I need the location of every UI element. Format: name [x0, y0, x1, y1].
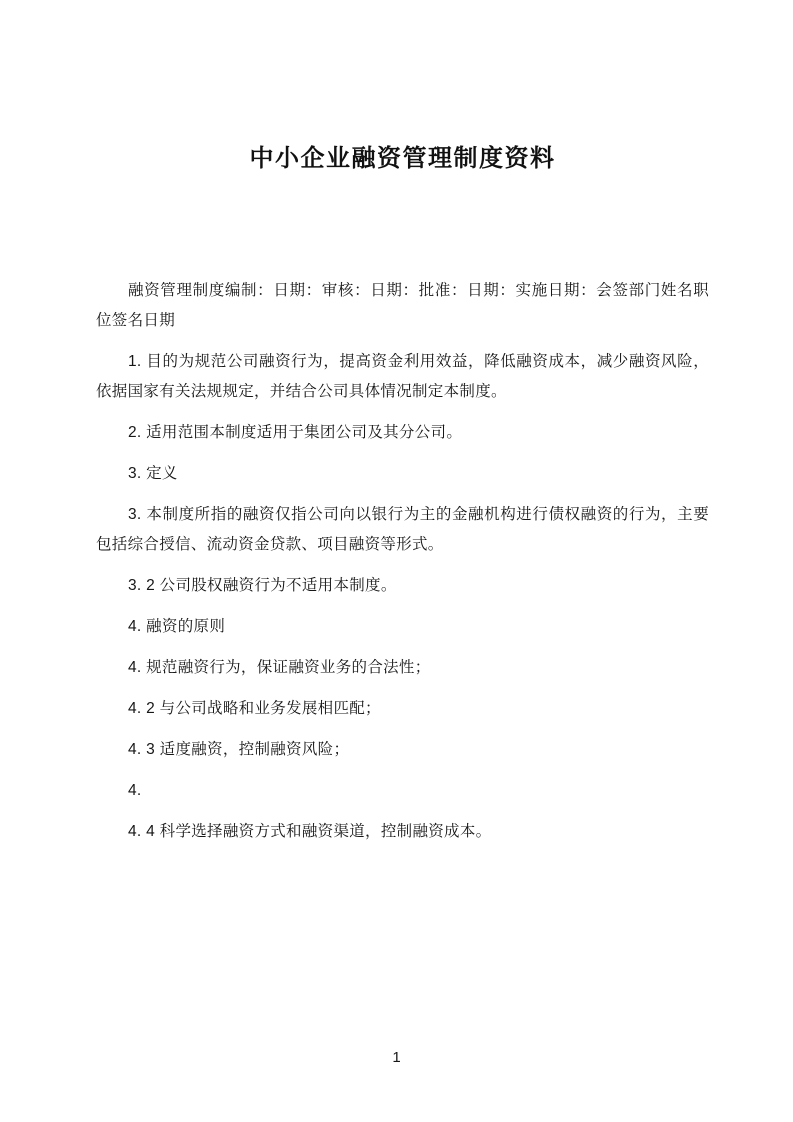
- paragraph: 3. 2 公司股权融资行为不适用本制度。: [96, 571, 709, 601]
- paragraph: 4. 4 科学选择融资方式和融资渠道，控制融资成本。: [96, 817, 709, 847]
- paragraph: 融资管理制度编制：日期：审核：日期：批准：日期：实施日期：会签部门姓名职位签名日…: [96, 276, 709, 336]
- paragraph: 4. 3 适度融资，控制融资风险；: [96, 735, 709, 765]
- paragraph: 3. 本制度所指的融资仅指公司向以银行为主的金融机构进行债权融资的行为，主要包括…: [96, 500, 709, 560]
- paragraph: 4.: [96, 776, 709, 806]
- paragraph: 4. 融资的原则: [96, 612, 709, 642]
- paragraph: 1. 目的为规范公司融资行为，提高资金利用效益，降低融资成本，减少融资风险，依据…: [96, 347, 709, 407]
- paragraph: 4. 规范融资行为，保证融资业务的合法性；: [96, 653, 709, 683]
- document-body: 融资管理制度编制：日期：审核：日期：批准：日期：实施日期：会签部门姓名职位签名日…: [96, 276, 709, 847]
- paragraph: 4. 2 与公司战略和业务发展相匹配；: [96, 694, 709, 724]
- document-title: 中小企业融资管理制度资料: [96, 144, 709, 174]
- document-page: 中小企业融资管理制度资料 融资管理制度编制：日期：审核：日期：批准：日期：实施日…: [0, 0, 793, 1122]
- paragraph: 2. 适用范围本制度适用于集团公司及其分公司。: [96, 418, 709, 448]
- page-number: 1: [0, 1046, 793, 1070]
- paragraph: 3. 定义: [96, 459, 709, 489]
